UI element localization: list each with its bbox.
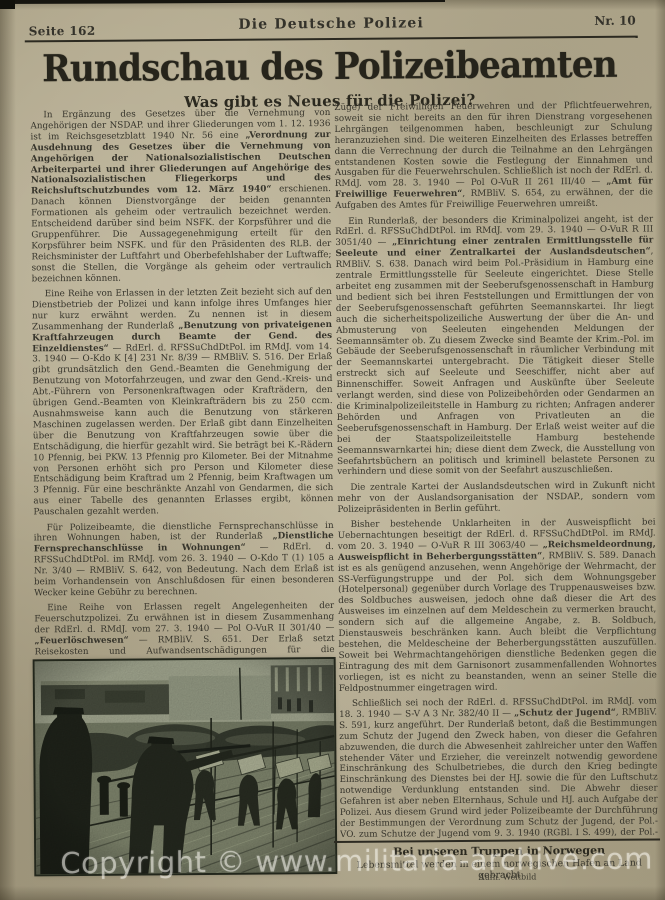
- text-column-left: In Ergänzung des Gesetzes über die Verne…: [30, 108, 334, 658]
- publication-title: Die Deutsche Polizei: [27, 14, 636, 35]
- running-header: Seite 162 Die Deutsche Polizei Nr. 10: [27, 12, 636, 39]
- paragraph: Züge) der Freiwilligen Feuerwehren und d…: [334, 100, 653, 212]
- paragraph: Ein Runderlaß, der besonders die Krimina…: [335, 214, 655, 478]
- paragraph: Bisher bestehende Unklarheiten in der Au…: [338, 517, 657, 694]
- article-headline: Rundschau des Polizeibeamten: [20, 42, 639, 91]
- issue-number: Nr. 10: [594, 14, 635, 28]
- paragraph: In Ergänzung des Gesetzes über die Verne…: [30, 108, 331, 285]
- photo-norway-troops: [35, 659, 336, 874]
- copyright-watermark: Copyright © www.militaria-archive.com: [60, 841, 653, 880]
- norway-harbor-photo-illustration: [35, 659, 336, 874]
- paragraph: Eine Reihe von Erlassen in der letzten Z…: [32, 287, 334, 518]
- paragraph: Schließlich sei noch der RdErl. d. RFSSu…: [339, 696, 658, 839]
- page-content: Seite 162 Die Deutsche Polizei Nr. 10 Ru…: [0, 0, 665, 900]
- paragraph: Die zentrale Kartei der Auslandsdeutsche…: [337, 480, 655, 515]
- text-column-right: Züge) der Freiwilligen Feuerwehren und d…: [334, 100, 658, 839]
- paragraph: Eine Reihe von Erlassen regelt Angelegen…: [34, 601, 334, 658]
- paragraph: Für Polizeibeamte, die dienstliche Ferns…: [34, 521, 335, 600]
- photo-grain: [35, 659, 336, 874]
